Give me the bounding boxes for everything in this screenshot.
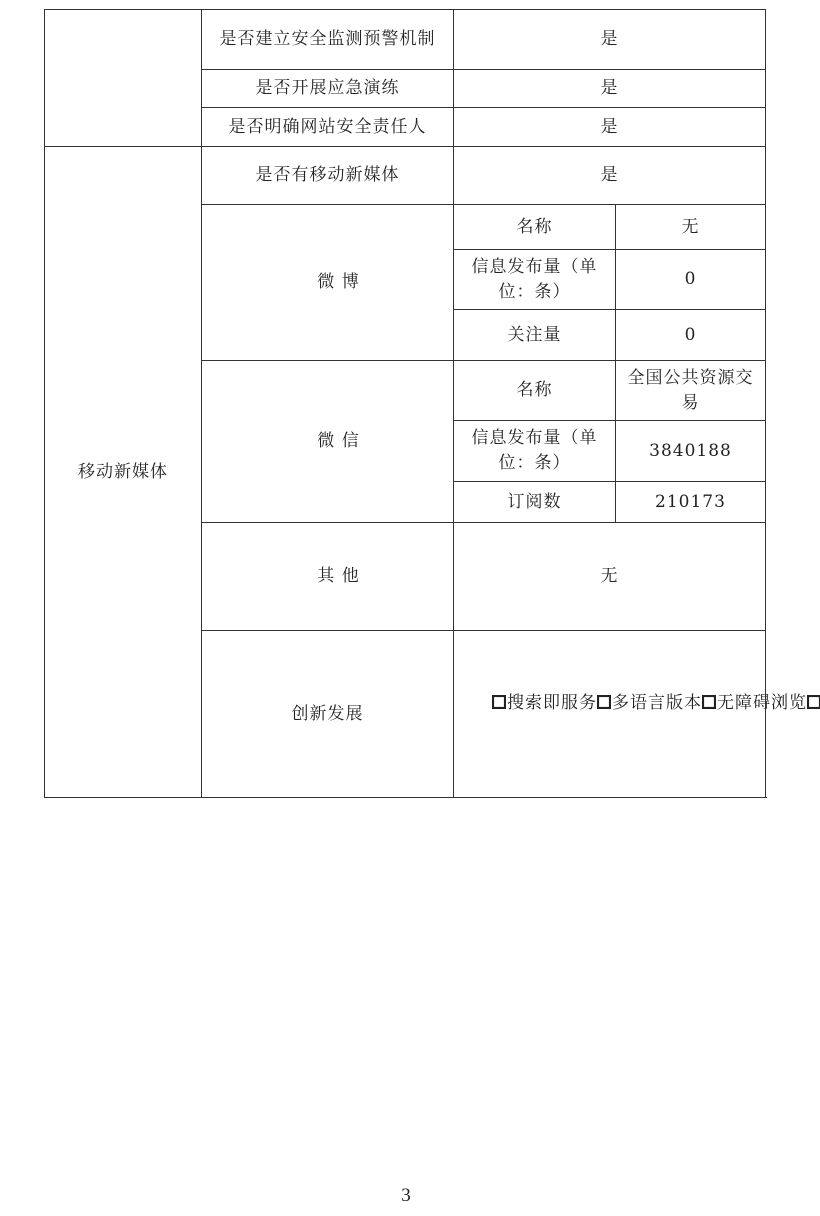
security-officer-value: 是 xyxy=(454,108,766,147)
innovation-option-multilingual[interactable]: 多语言版本 xyxy=(597,693,702,713)
other-media-label: 其 他 xyxy=(202,523,454,631)
checkbox-icon[interactable] xyxy=(807,695,820,709)
wechat-posts-value: 3840188 xyxy=(616,421,766,482)
weibo-name-label: 名称 xyxy=(454,205,616,250)
wechat-posts-label: 信息发布量（单位：条） xyxy=(454,421,616,482)
weibo-name-value: 无 xyxy=(616,205,766,250)
security-section-label-cell xyxy=(45,10,202,147)
table-row: 是否建立安全监测预警机制 是 xyxy=(45,10,766,70)
wechat-name-label: 名称 xyxy=(454,361,616,421)
innovation-options: 搜索即服务多语言版本无障碍浏览千人千网其他 xyxy=(454,631,766,798)
option-label: 无障碍浏览 xyxy=(717,693,807,713)
weibo-posts-label: 信息发布量（单位：条） xyxy=(454,250,616,310)
page-number: 3 xyxy=(0,1185,812,1207)
emergency-drill-value: 是 xyxy=(454,70,766,108)
weibo-label: 微 博 xyxy=(202,205,454,361)
weibo-followers-label: 关注量 xyxy=(454,310,616,361)
table-row: 移动新媒体 是否有移动新媒体 是 xyxy=(45,147,766,205)
report-table: 是否建立安全监测预警机制 是 是否开展应急演练 是 是否明确网站安全责任人 是 … xyxy=(44,9,766,798)
security-monitoring-value: 是 xyxy=(454,10,766,70)
has-mobile-media-label: 是否有移动新媒体 xyxy=(202,147,454,205)
option-label: 多语言版本 xyxy=(612,693,702,713)
innovation-option-personalized[interactable]: 千人千网 xyxy=(807,693,820,713)
checkbox-icon[interactable] xyxy=(597,695,611,709)
security-officer-label: 是否明确网站安全责任人 xyxy=(202,108,454,147)
wechat-subscribers-value: 210173 xyxy=(616,482,766,523)
mobile-media-section-label: 移动新媒体 xyxy=(45,147,202,798)
checkbox-icon[interactable] xyxy=(702,695,716,709)
security-monitoring-label: 是否建立安全监测预警机制 xyxy=(202,10,454,70)
innovation-option-accessibility[interactable]: 无障碍浏览 xyxy=(702,693,807,713)
other-media-value: 无 xyxy=(454,523,766,631)
wechat-label: 微 信 xyxy=(202,361,454,523)
weibo-posts-value: 0 xyxy=(616,250,766,310)
has-mobile-media-value: 是 xyxy=(454,147,766,205)
weibo-followers-value: 0 xyxy=(616,310,766,361)
innovation-section-label: 创新发展 xyxy=(202,631,454,798)
checkbox-icon[interactable] xyxy=(492,695,506,709)
emergency-drill-label: 是否开展应急演练 xyxy=(202,70,454,108)
wechat-name-value: 全国公共资源交易 xyxy=(616,361,766,421)
wechat-subscribers-label: 订阅数 xyxy=(454,482,616,523)
innovation-option-search-service[interactable]: 搜索即服务 xyxy=(492,693,597,713)
option-label: 搜索即服务 xyxy=(507,693,597,713)
